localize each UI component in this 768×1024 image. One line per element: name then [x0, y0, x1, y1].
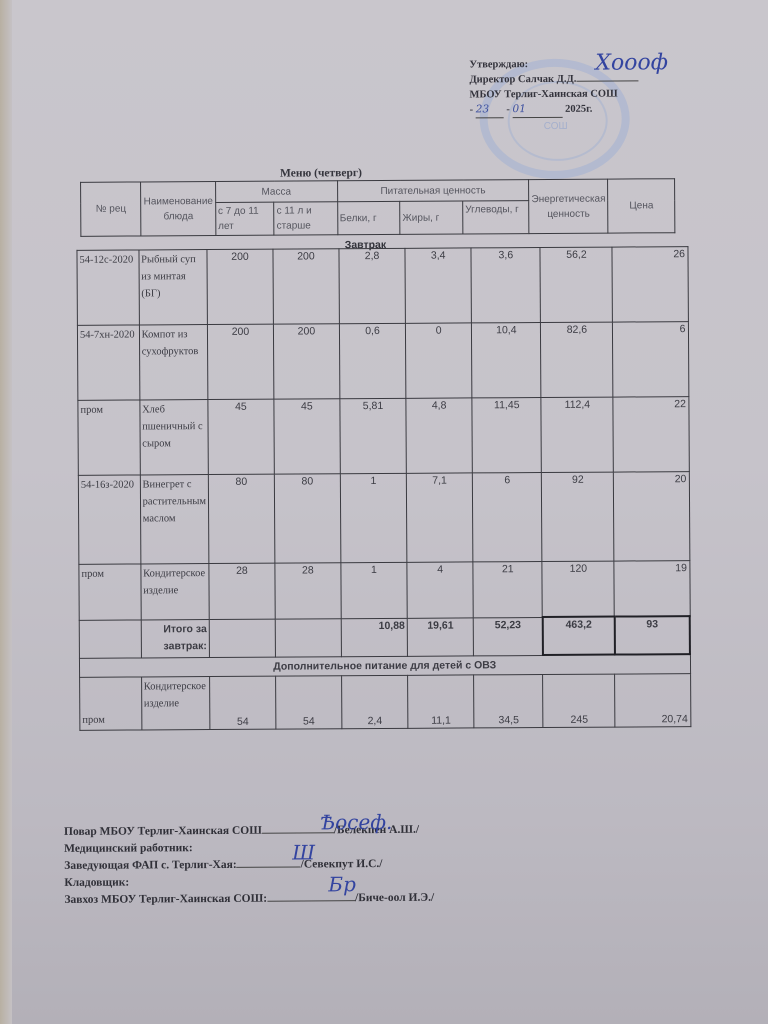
signatures-block: Повар МБОУ Терлиг-Хаинская СОШ/Белекпен … — [64, 822, 434, 909]
dish-name: Кондитерское изделие — [141, 564, 210, 620]
fat: 4,8 — [406, 398, 473, 473]
price: 20,74 — [615, 674, 690, 727]
dish-name: Винегрет с растительным маслом — [140, 475, 209, 564]
cook-label: Повар МБОУ Терлиг-Хаинская СОШ — [64, 825, 262, 838]
total-label: Итого за завтрак: — [141, 619, 210, 657]
header-energy: Энергетическая ценность — [529, 179, 608, 233]
approval-day: 23 — [476, 102, 504, 118]
fat: 3,4 — [405, 248, 472, 323]
dish-name: Кондитерское изделие — [141, 677, 210, 730]
recipe-code: 54-16з-2020 — [78, 475, 140, 564]
mass-7-11: 54 — [210, 676, 276, 729]
recipe-code: пром — [80, 677, 142, 730]
table-row: 54-7хн-2020Компот из сухофруктов2002000,… — [77, 322, 688, 401]
approval-director: Директор Салчак Д.Д. — [469, 74, 576, 86]
carbs: 11,45 — [472, 398, 542, 473]
energy: 245 — [543, 674, 615, 727]
total-row: Итого за завтрак:10,8819,6152,23463,293 — [79, 616, 690, 658]
dish-name: Рыбный суп из минтая (БГ) — [139, 250, 208, 325]
menu-header-table: № рец Наименование блюда Масса Питательн… — [80, 178, 675, 237]
dish-name: Хлеб пшеничный с сыром — [140, 400, 209, 475]
mass-11-plus: 28 — [275, 563, 341, 619]
energy: 120 — [542, 561, 614, 617]
total-protein: 10,88 — [341, 618, 407, 656]
approval-month: 01 — [512, 102, 562, 118]
mass-11-plus: 200 — [273, 249, 339, 324]
director-signature: Хоооф — [595, 50, 668, 75]
menu-body-table: 54-12с-2020Рыбный суп из минтая (БГ)2002… — [76, 246, 691, 731]
energy: 92 — [542, 472, 615, 561]
fat: 4 — [407, 562, 474, 618]
document-page: СОШ Утверждаю: Директор Салчак Д.Д. МБОУ… — [0, 0, 768, 1024]
protein: 5,81 — [340, 398, 407, 473]
energy: 112,4 — [541, 397, 614, 472]
approval-year: 2025г. — [565, 104, 592, 115]
table-row: промХлеб пшеничный с сыром45455,814,811,… — [78, 397, 689, 476]
mass-11-plus: 80 — [274, 474, 341, 563]
mass-7-11: 200 — [207, 249, 273, 324]
supply-label: Завхоз МБОУ Терлиг-Хаинская СОШ: — [64, 893, 267, 906]
energy: 56,2 — [540, 247, 613, 322]
fap-label: Заведующая ФАП с. Терлиг-Хая: — [64, 859, 236, 872]
carbs: 21 — [473, 562, 542, 618]
header-dish-name: Наименование блюда — [141, 181, 216, 235]
header-mass-11-plus: с 11 л и старше — [274, 202, 337, 235]
energy: 82,6 — [541, 322, 614, 397]
total-carbs: 52,23 — [474, 617, 543, 655]
total-price: 93 — [615, 616, 690, 654]
protein: 2,8 — [339, 248, 406, 323]
header-protein: Белки, г — [337, 201, 400, 234]
menu-title: Меню (четверг) — [280, 167, 362, 180]
protein: 1 — [340, 473, 407, 562]
header-mass: Масса — [215, 181, 337, 203]
header-nutrition: Питательная ценность — [337, 180, 529, 202]
carbs: 10,4 — [472, 323, 542, 398]
total-empty — [209, 619, 275, 657]
protein: 1 — [341, 562, 408, 618]
carbs: 3,6 — [471, 248, 541, 323]
mass-7-11: 28 — [209, 563, 275, 619]
price: 26 — [612, 247, 687, 322]
stamp-text: СОШ — [544, 121, 568, 132]
price: 6 — [613, 322, 688, 397]
table-row: 54-16з-2020Винегрет с растительным масло… — [78, 472, 689, 565]
cook-signature: Ѣосеф. — [320, 810, 392, 834]
approval-school: МБОУ Терлиг-Хаинская СОШ — [469, 86, 638, 102]
recipe-code: пром — [79, 564, 141, 620]
recipe-code: 54-12с-2020 — [77, 250, 139, 325]
total-empty — [275, 618, 341, 656]
price: 20 — [614, 472, 690, 561]
total-empty — [79, 619, 141, 657]
mass-7-11: 45 — [208, 399, 274, 474]
total-fat: 19,61 — [407, 617, 473, 655]
mass-7-11: 80 — [208, 474, 275, 563]
header-price: Цена — [608, 179, 675, 233]
mass-11-plus: 54 — [276, 676, 342, 729]
protein: 0,6 — [339, 323, 406, 398]
header-carbs: Углеводы, г — [463, 201, 530, 234]
table-row: 54-12с-2020Рыбный суп из минтая (БГ)2002… — [77, 247, 688, 326]
fat: 7,1 — [406, 473, 473, 562]
supply-name: /Биче-оол И.Э./ — [355, 892, 434, 904]
price: 19 — [614, 561, 689, 617]
mass-11-plus: 200 — [273, 324, 339, 399]
fap-signature: Ш — [292, 840, 315, 864]
carbs: 6 — [473, 473, 543, 562]
mass-7-11: 200 — [207, 324, 273, 399]
price: 22 — [613, 397, 688, 472]
header-fat: Жиры, г — [400, 201, 463, 234]
protein: 2,4 — [342, 675, 408, 728]
supply-signature: Бр — [328, 872, 356, 896]
recipe-code: пром — [78, 400, 140, 475]
fat: 0 — [406, 323, 473, 398]
recipe-code: 54-7хн-2020 — [77, 325, 139, 400]
mass-11-plus: 45 — [274, 399, 340, 474]
header-mass-7-11: с 7 до 11 лет — [215, 202, 274, 235]
extra-table-row: промКондитерское изделие54542,411,134,52… — [80, 674, 691, 731]
total-energy: 463,2 — [543, 617, 615, 655]
header-recipe-no: № рец — [81, 182, 142, 236]
dish-name: Компот из сухофруктов — [139, 325, 208, 400]
carbs: 34,5 — [474, 675, 543, 728]
table-row: промКондитерское изделие2828142112019 — [79, 561, 690, 620]
fat: 11,1 — [408, 675, 474, 728]
